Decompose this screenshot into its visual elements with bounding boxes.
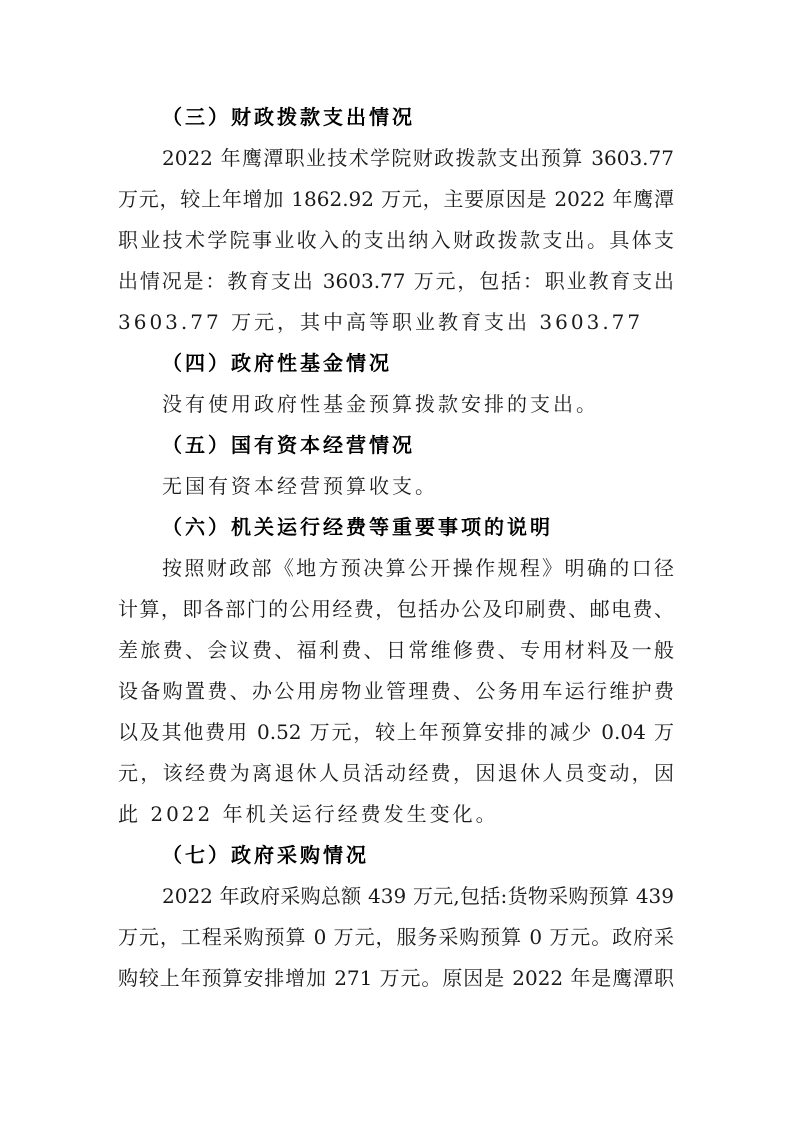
body-line: 出情况是：教育支出 3603.77 万元，包括：职业教育支出 [118, 261, 674, 302]
body-line: 计算，即各部门的公用经费，包括办公及印刷费、邮电费、 [118, 589, 674, 630]
body-line: 购较上年预算安排增加 271 万元。原因是 2022 年是鹰潭职 [118, 958, 674, 999]
body-line: 按照财政部《地方预决算公开操作规程》明确的口径 [118, 548, 674, 589]
section-heading: （六）机关运行经费等重要事项的说明 [118, 507, 674, 548]
body-line: 此 2022 年机关运行经费发生变化。 [118, 794, 674, 835]
body-line: 3603.77 万元，其中高等职业教育支出 3603.77 万元。 [118, 302, 674, 343]
body-line: 2022 年鹰潭职业技术学院财政拨款支出预算 3603.77 [118, 138, 674, 179]
body-line: 无国有资本经营预算收支。 [118, 466, 674, 507]
section-heading: （七）政府采购情况 [118, 835, 674, 876]
body-line: 没有使用政府性基金预算拨款安排的支出。 [118, 384, 674, 425]
body-line: 设备购置费、办公用房物业管理费、公务用车运行维护费 [118, 671, 674, 712]
section-heading: （四）政府性基金情况 [118, 343, 674, 384]
body-line: 万元，较上年增加 1862.92 万元，主要原因是 2022 年鹰潭 [118, 179, 674, 220]
document-content: （三）财政拨款支出情况2022 年鹰潭职业技术学院财政拨款支出预算 3603.7… [118, 97, 674, 999]
body-line: 以及其他费用 0.52 万元，较上年预算安排的减少 0.04 万 [118, 712, 674, 753]
body-line: 职业技术学院事业收入的支出纳入财政拨款支出。具体支 [118, 220, 674, 261]
section-heading: （三）财政拨款支出情况 [118, 97, 674, 138]
section-heading: （五）国有资本经营情况 [118, 425, 674, 466]
body-line: 万元，工程采购预算 0 万元，服务采购预算 0 万元。政府采 [118, 917, 674, 958]
body-line: 元，该经费为离退休人员活动经费，因退休人员变动，因 [118, 753, 674, 794]
body-line: 差旅费、会议费、福利费、日常维修费、专用材料及一般 [118, 630, 674, 671]
body-line: 2022 年政府采购总额 439 万元,包括:货物采购预算 439 [118, 876, 674, 917]
document-page: （三）财政拨款支出情况2022 年鹰潭职业技术学院财政拨款支出预算 3603.7… [0, 0, 792, 1122]
